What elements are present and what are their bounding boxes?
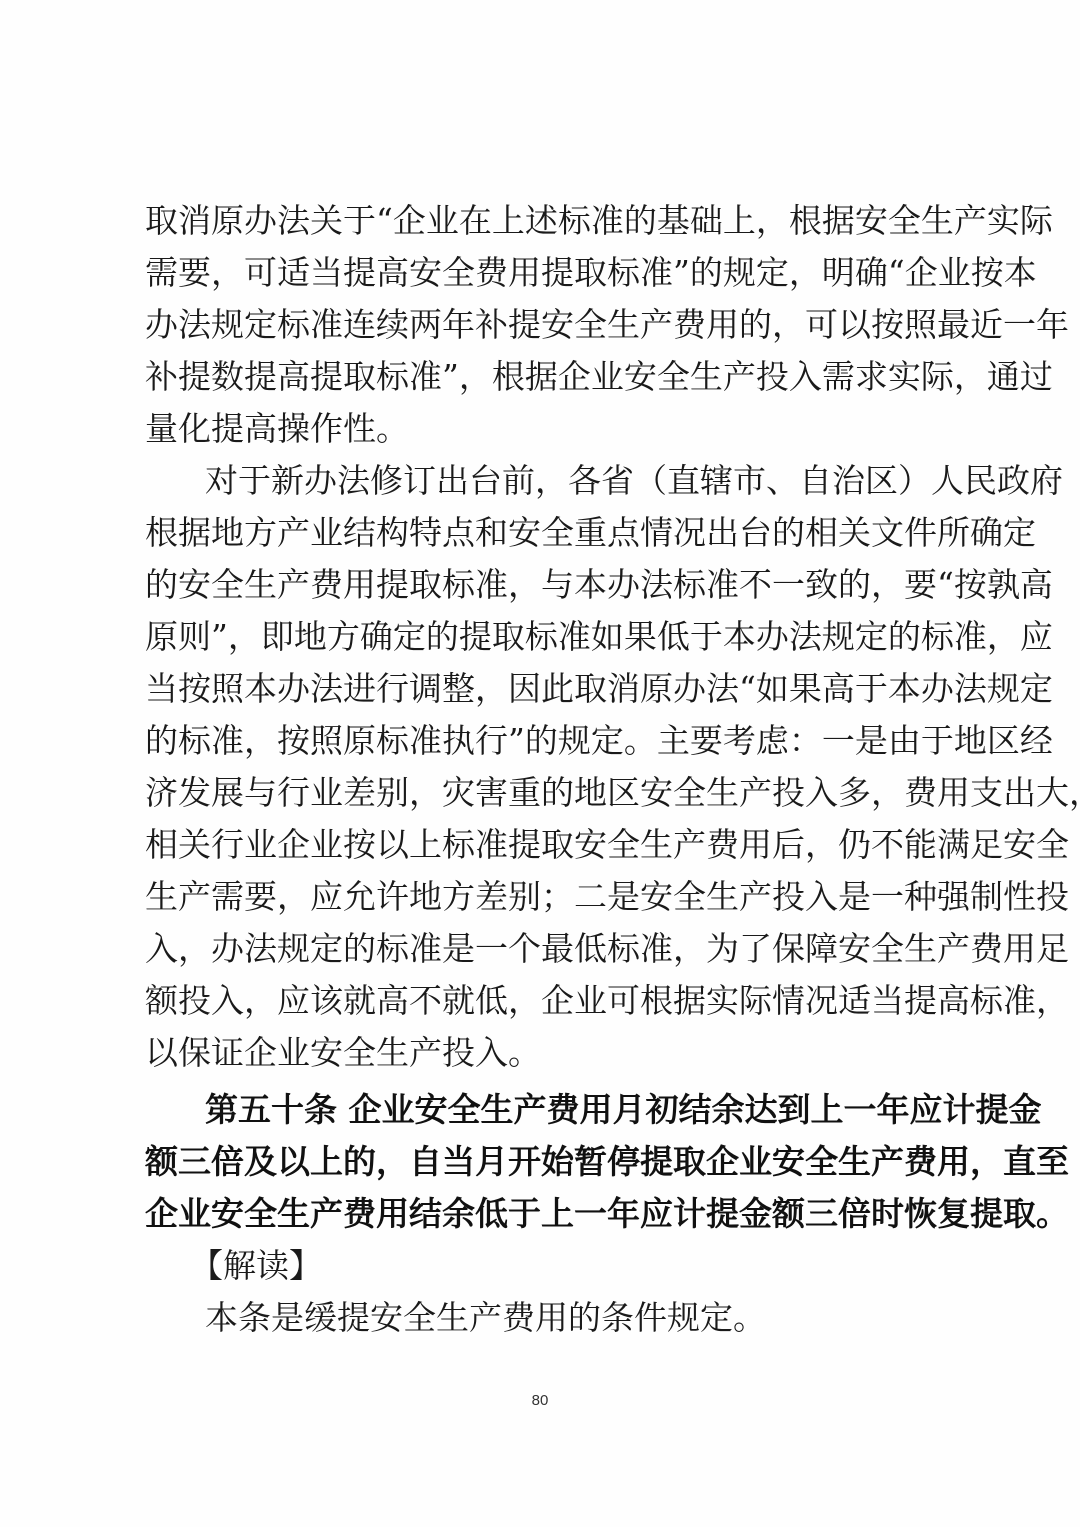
paragraph-2-line-9: 生产需要，应允许地方差别；二是安全生产投入是一种强制性投	[145, 872, 945, 922]
paragraph-2-line-5: 当按照本办法进行调整，因此取消原办法“如果高于本办法规定	[145, 664, 945, 714]
article-50-line-1: 第五十条 企业安全生产费用月初结余达到上一年应计提金	[205, 1085, 945, 1135]
paragraph-2-line-12: 以保证企业安全生产投入。	[145, 1028, 945, 1078]
paragraph-2-line-6: 的标准，按照原标准执行”的规定。主要考虑：一是由于地区经	[145, 716, 945, 766]
article-50-line-3: 企业安全生产费用结余低于上一年应计提金额三倍时恢复提取。	[145, 1189, 945, 1239]
paragraph-2-line-10: 入，办法规定的标准是一个最低标准，为了保障安全生产费用足	[145, 924, 945, 974]
paragraph-2-line-7: 济发展与行业差别，灾害重的地区安全生产投入多，费用支出大，	[145, 768, 945, 818]
article-50-line-2: 额三倍及以上的，自当月开始暂停提取企业安全生产费用，直至	[145, 1137, 945, 1187]
document-page: 取消原办法关于“企业在上述标准的基础上，根据安全生产实际 需要，可适当提高安全费…	[0, 0, 1080, 1527]
paragraph-2-line-11: 额投入，应该就高不就低，企业可根据实际情况适当提高标准，	[145, 976, 945, 1026]
interpretation-body-line-1: 本条是缓提安全生产费用的条件规定。	[205, 1293, 945, 1343]
page-number: 80	[0, 1392, 1080, 1409]
paragraph-1-line-4: 补提数提高提取标准”，根据企业安全生产投入需求实际，通过	[145, 352, 945, 402]
paragraph-2-line-4: 原则”，即地方确定的提取标准如果低于本办法规定的标准，应	[145, 612, 945, 662]
paragraph-2-line-8: 相关行业企业按以上标准提取安全生产费用后，仍不能满足安全	[145, 820, 945, 870]
paragraph-1-line-3: 办法规定标准连续两年补提安全生产费用的，可以按照最近一年	[145, 300, 945, 350]
paragraph-1-line-1: 取消原办法关于“企业在上述标准的基础上，根据安全生产实际	[145, 196, 945, 246]
paragraph-1-line-5: 量化提高操作性。	[145, 404, 945, 454]
paragraph-1-line-2: 需要，可适当提高安全费用提取标准”的规定，明确“企业按本	[145, 248, 945, 298]
paragraph-2-line-3: 的安全生产费用提取标准，与本办法标准不一致的，要“按孰高	[145, 560, 945, 610]
interpretation-heading: 【解读】	[190, 1241, 390, 1291]
paragraph-2-line-2: 根据地方产业结构特点和安全重点情况出台的相关文件所确定	[145, 508, 945, 558]
paragraph-2-line-1: 对于新办法修订出台前，各省（直辖市、自治区）人民政府	[205, 456, 945, 506]
